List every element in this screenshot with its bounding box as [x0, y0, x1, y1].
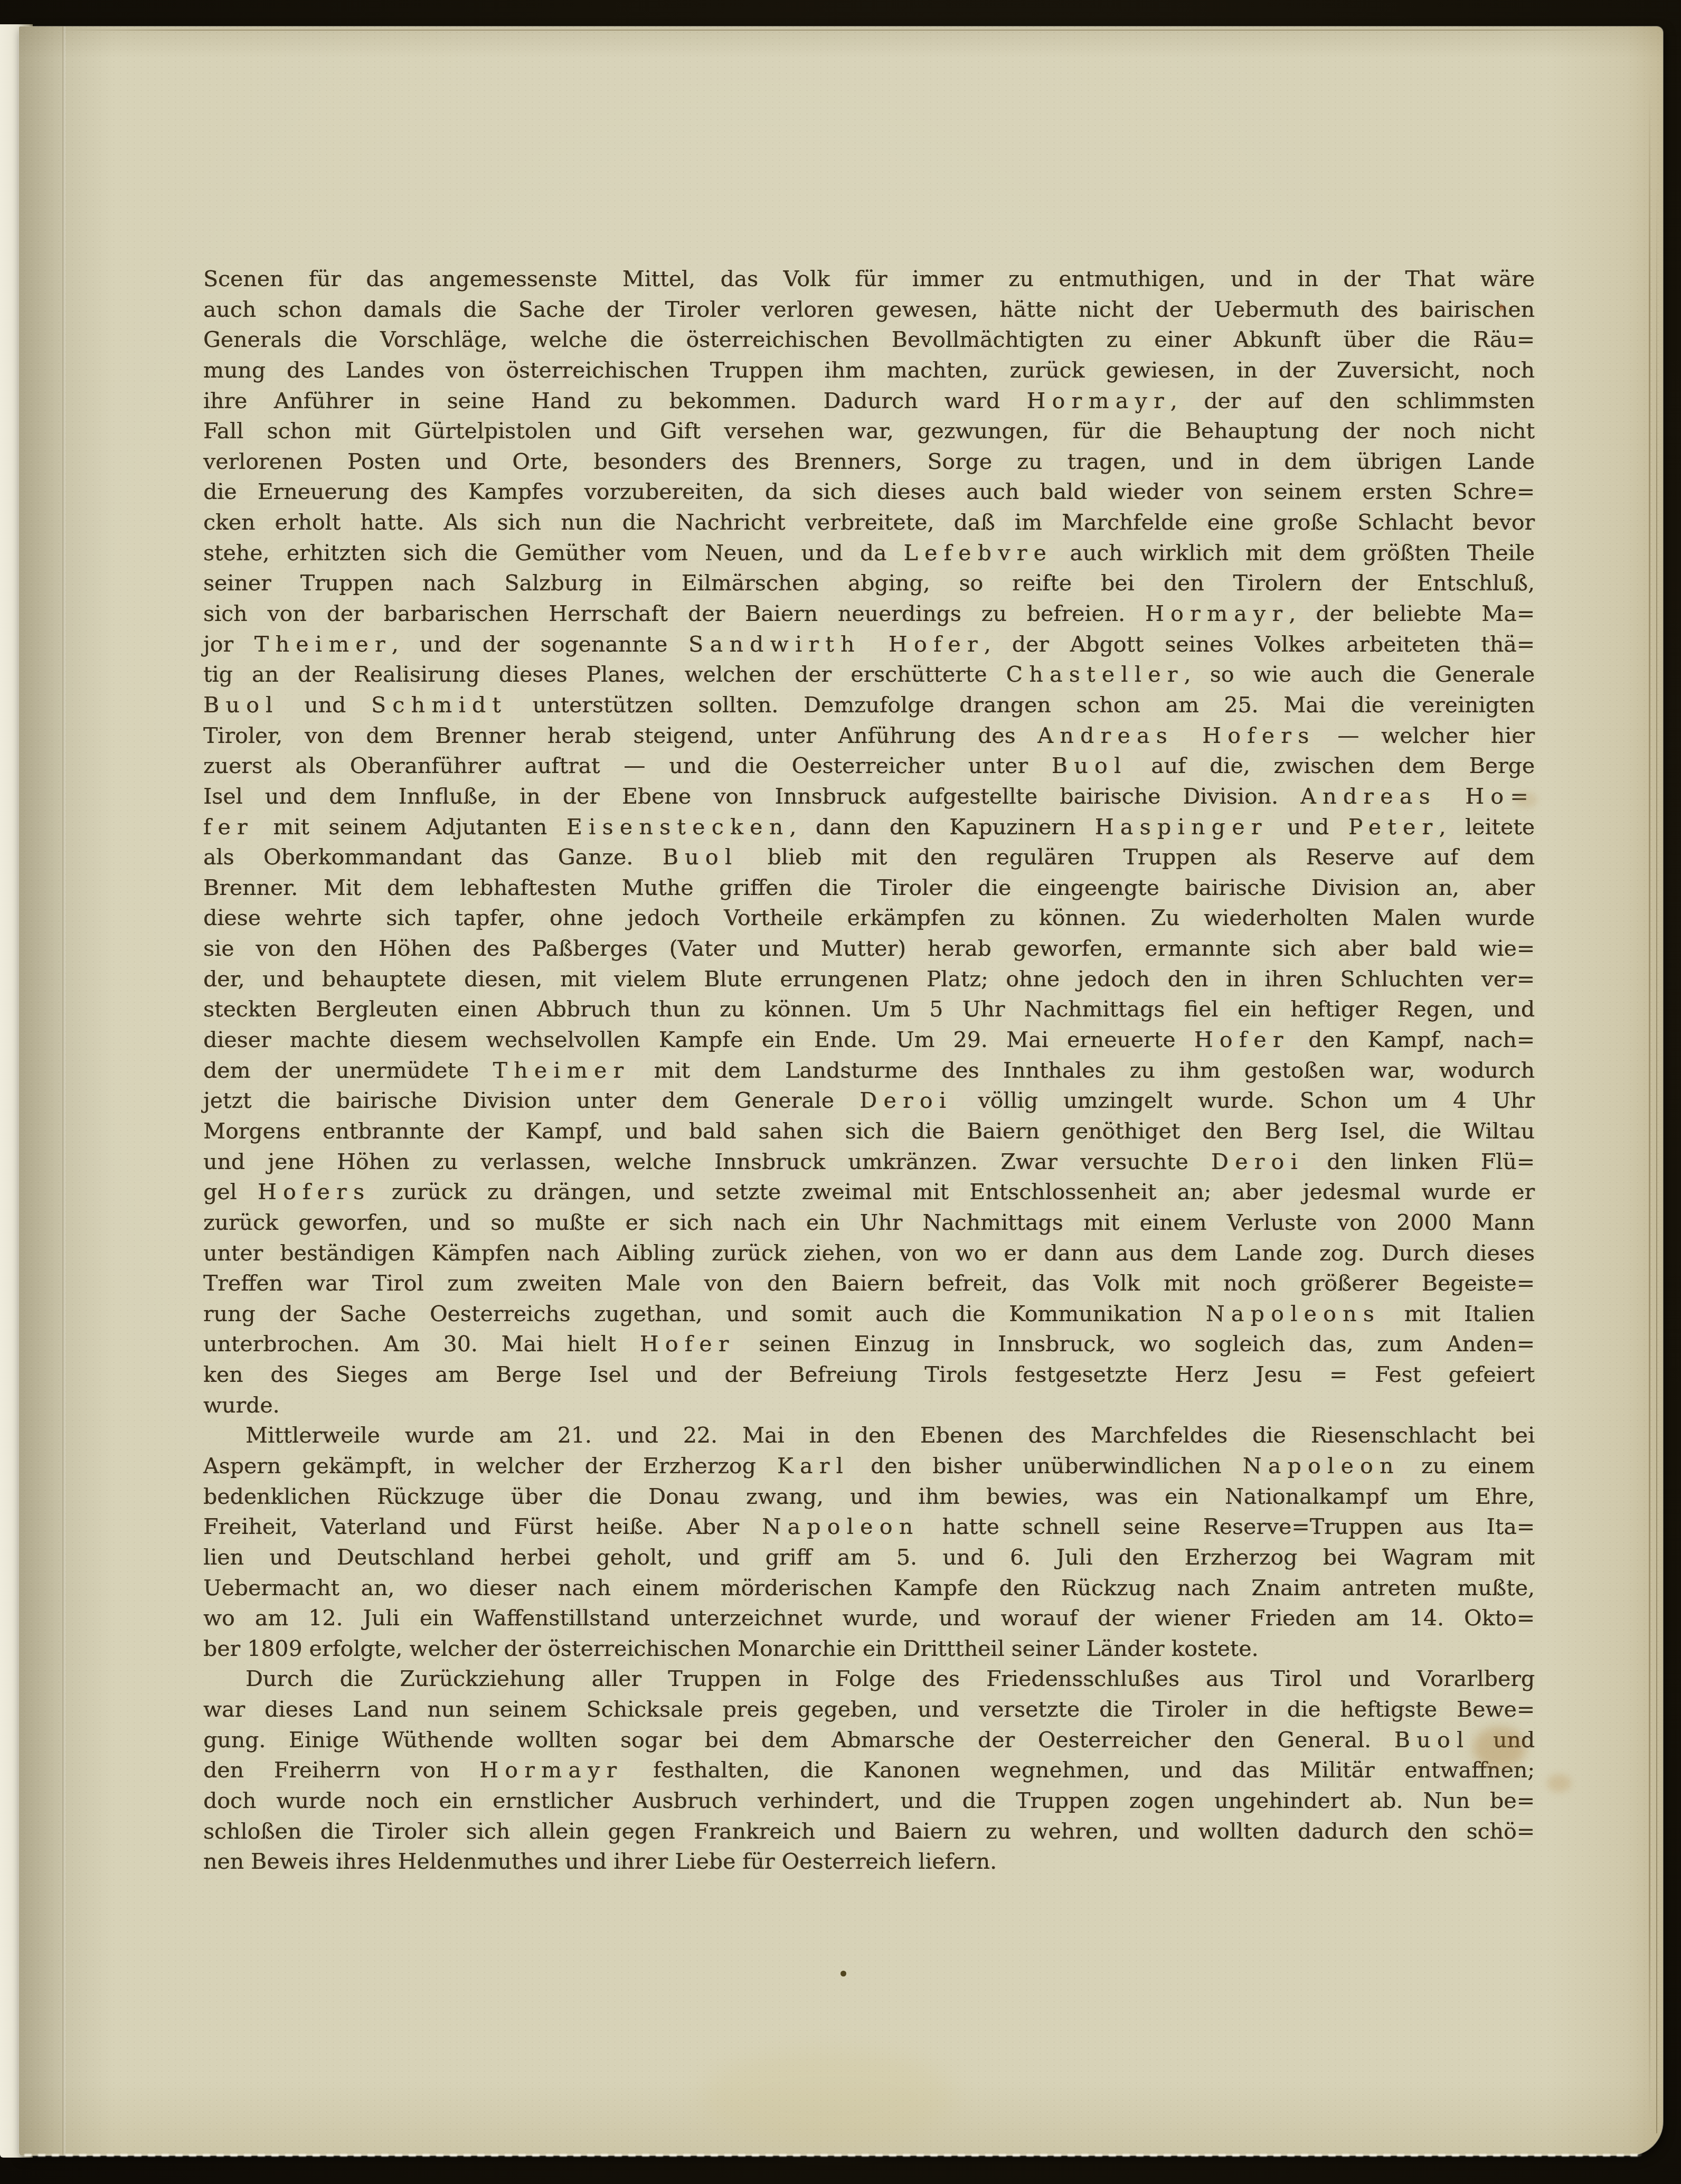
gutter-crease [62, 26, 66, 2155]
text-line: sich von der barbarischen Herrschaft der… [203, 599, 1535, 629]
text-line: unterbrochen. Am 30. Mai hielt Hofer sei… [203, 1329, 1535, 1360]
text-line: als Oberkommandant das Ganze. Buol blieb… [203, 842, 1535, 873]
text-line: Tiroler, von dem Brenner herab steigend,… [203, 721, 1535, 751]
text-block: Scenen für das angemessenste Mittel, das… [203, 264, 1535, 1877]
text-line: Scenen für das angemessenste Mittel, das… [203, 264, 1535, 295]
text-line: ber 1809 erfolgte, welcher der österreic… [203, 1634, 1535, 1664]
letterspaced-name: Peter [1348, 814, 1439, 840]
letterspaced-name: Hofers [258, 1179, 371, 1204]
letterspaced-name: Napoleon [762, 1514, 919, 1539]
letterspaced-name: Theimer [493, 1058, 630, 1083]
letterspaced-name: Sandwirth Hofer [688, 632, 984, 657]
paper-stain [702, 2049, 956, 2144]
text-line: Aspern gekämpft, in welcher der Erzherzo… [203, 1451, 1535, 1482]
text-line: gung. Einige Wüthende wollten sogar bei … [203, 1725, 1535, 1756]
text-line: wurde. [203, 1390, 1535, 1421]
letterspaced-name: Buol [1394, 1727, 1470, 1753]
text-line: auch schon damals die Sache der Tiroler … [203, 295, 1535, 325]
text-line: doch wurde noch ein ernstlicher Ausbruch… [203, 1786, 1535, 1816]
text-line: zuerst als Oberanführer auftrat — und di… [203, 751, 1535, 782]
text-line: Generals die Vorschläge, welche die öste… [203, 325, 1535, 355]
letterspaced-name: Chasteller [1006, 662, 1184, 687]
text-line: Durch die Zurückziehung aller Truppen in… [203, 1664, 1535, 1695]
text-line: wo am 12. Juli ein Waffenstillstand unte… [203, 1603, 1535, 1634]
letterspaced-name: Eisenstecken [566, 814, 790, 840]
text-line: jetzt die bairische Division unter dem G… [203, 1086, 1535, 1116]
letterspaced-name: Lefebvre [904, 540, 1053, 566]
letterspaced-name: Hormayr [1027, 388, 1170, 413]
scanned-book-page: Scenen für das angemessenste Mittel, das… [0, 0, 1681, 2184]
text-line: stehe, erhitzten sich die Gemüther vom N… [203, 538, 1535, 569]
letterspaced-name: Napoleon [1243, 1453, 1400, 1479]
letterspaced-name: Deroi [1211, 1149, 1304, 1174]
text-line: rung der Sache Oesterreichs zugethan, un… [203, 1299, 1535, 1330]
text-line: dieser machte diesem wechselvollen Kampf… [203, 1025, 1535, 1056]
page-stack-edge [1649, 90, 1650, 2123]
text-line: sie von den Höhen des Paßberges (Vater u… [203, 934, 1535, 964]
letterspaced-name: Andreas Hofers [1037, 723, 1315, 748]
letterspaced-name: Theimer [254, 632, 392, 657]
text-line: mung des Landes von österreichischen Tru… [203, 355, 1535, 386]
text-line: bedenklichen Rückzuge über die Donau zwa… [203, 1482, 1535, 1512]
text-line: cken erholt hatte. Als sich nun die Nach… [203, 507, 1535, 538]
text-line: der, und behauptete diesen, mit vielem B… [203, 964, 1535, 995]
text-line: jor Theimer, und der sogenannte Sandwirt… [203, 629, 1535, 660]
text-line: dem der unermüdete Theimer mit dem Lands… [203, 1056, 1535, 1086]
letterspaced-name: Deroi [860, 1088, 952, 1113]
text-line: ihre Anführer in seine Hand zu bekommen.… [203, 386, 1535, 417]
text-line: Treffen war Tirol zum zweiten Male von d… [203, 1268, 1535, 1299]
text-line: diese wehrte sich tapfer, ohne jedoch Vo… [203, 903, 1535, 934]
letterspaced-name: Hofer [640, 1331, 735, 1357]
letterspaced-name: Buol [1052, 753, 1128, 778]
page-stack-edge [1656, 185, 1657, 2133]
text-line: verlorenen Posten und Orte, besonders de… [203, 447, 1535, 477]
text-line: Brenner. Mit dem lebhaftesten Muthe grif… [203, 873, 1535, 903]
text-line: nen Beweis ihres Heldenmuthes und ihrer … [203, 1847, 1535, 1877]
paper-stain [1547, 1774, 1571, 1792]
text-line: Freiheit, Vaterland und Fürst heiße. Abe… [203, 1512, 1535, 1542]
book-page: Scenen für das angemessenste Mittel, das… [19, 26, 1663, 2155]
letterspaced-name: fer [203, 814, 254, 840]
text-line: tig an der Realisirung dieses Planes, we… [203, 660, 1535, 690]
text-line: Morgens entbrannte der Kampf, und bald s… [203, 1116, 1535, 1147]
text-line: unter beständigen Kämpfen nach Aibling z… [203, 1238, 1535, 1269]
letterspaced-name: Hormayr [479, 1757, 623, 1783]
text-line: zurück geworfen, und so mußte er sich na… [203, 1208, 1535, 1238]
text-line: die Erneuerung des Kampfes vorzubereiten… [203, 477, 1535, 507]
letterspaced-name: Schmidt [371, 692, 507, 718]
text-line: seiner Truppen nach Salzburg in Eilmärsc… [203, 568, 1535, 599]
text-line: Fall schon mit Gürtelpistolen und Gift v… [203, 416, 1535, 447]
letterspaced-name: Haspinger [1095, 814, 1268, 840]
paper-stain [840, 1971, 846, 1976]
text-line: steckten Bergleuten einen Abbruch thun z… [203, 994, 1535, 1025]
text-line: Mittlerweile wurde am 21. und 22. Mai in… [203, 1420, 1535, 1451]
text-line: Isel und dem Innfluße, in der Ebene von … [203, 782, 1535, 812]
page-block-top-edge [56, 30, 1616, 31]
letterspaced-name: Hormayr [1145, 601, 1289, 626]
text-line: war dieses Land nun seinem Schicksale pr… [203, 1695, 1535, 1725]
text-line: lien und Deutschland herbei geholt, und … [203, 1542, 1535, 1573]
letterspaced-name: Buol [663, 844, 739, 870]
letterspaced-name: Buol [203, 692, 279, 718]
letterspaced-name: Hofer [1194, 1027, 1290, 1052]
letterspaced-name: Karl [777, 1453, 849, 1479]
text-line: den Freiherrn von Hormayr festhalten, di… [203, 1755, 1535, 1786]
text-line: fer mit seinem Adjutanten Eisenstecken, … [203, 812, 1535, 843]
letterspaced-name: Napoleons [1206, 1301, 1381, 1326]
letterspaced-name: Andreas Ho= [1300, 784, 1535, 809]
text-line: Buol und Schmidt unterstützen sollten. D… [203, 690, 1535, 721]
text-line: gel Hofers zurück zu drängen, und setzte… [203, 1177, 1535, 1208]
deckle-bottom-edge [24, 2154, 1642, 2157]
text-line: Uebermacht an, wo dieser nach einem mörd… [203, 1573, 1535, 1604]
text-line: und jene Höhen zu verlassen, welche Inns… [203, 1147, 1535, 1178]
text-line: schloßen die Tiroler sich allein gegen F… [203, 1816, 1535, 1847]
text-line: ken des Sieges am Berge Isel und der Bef… [203, 1360, 1535, 1390]
